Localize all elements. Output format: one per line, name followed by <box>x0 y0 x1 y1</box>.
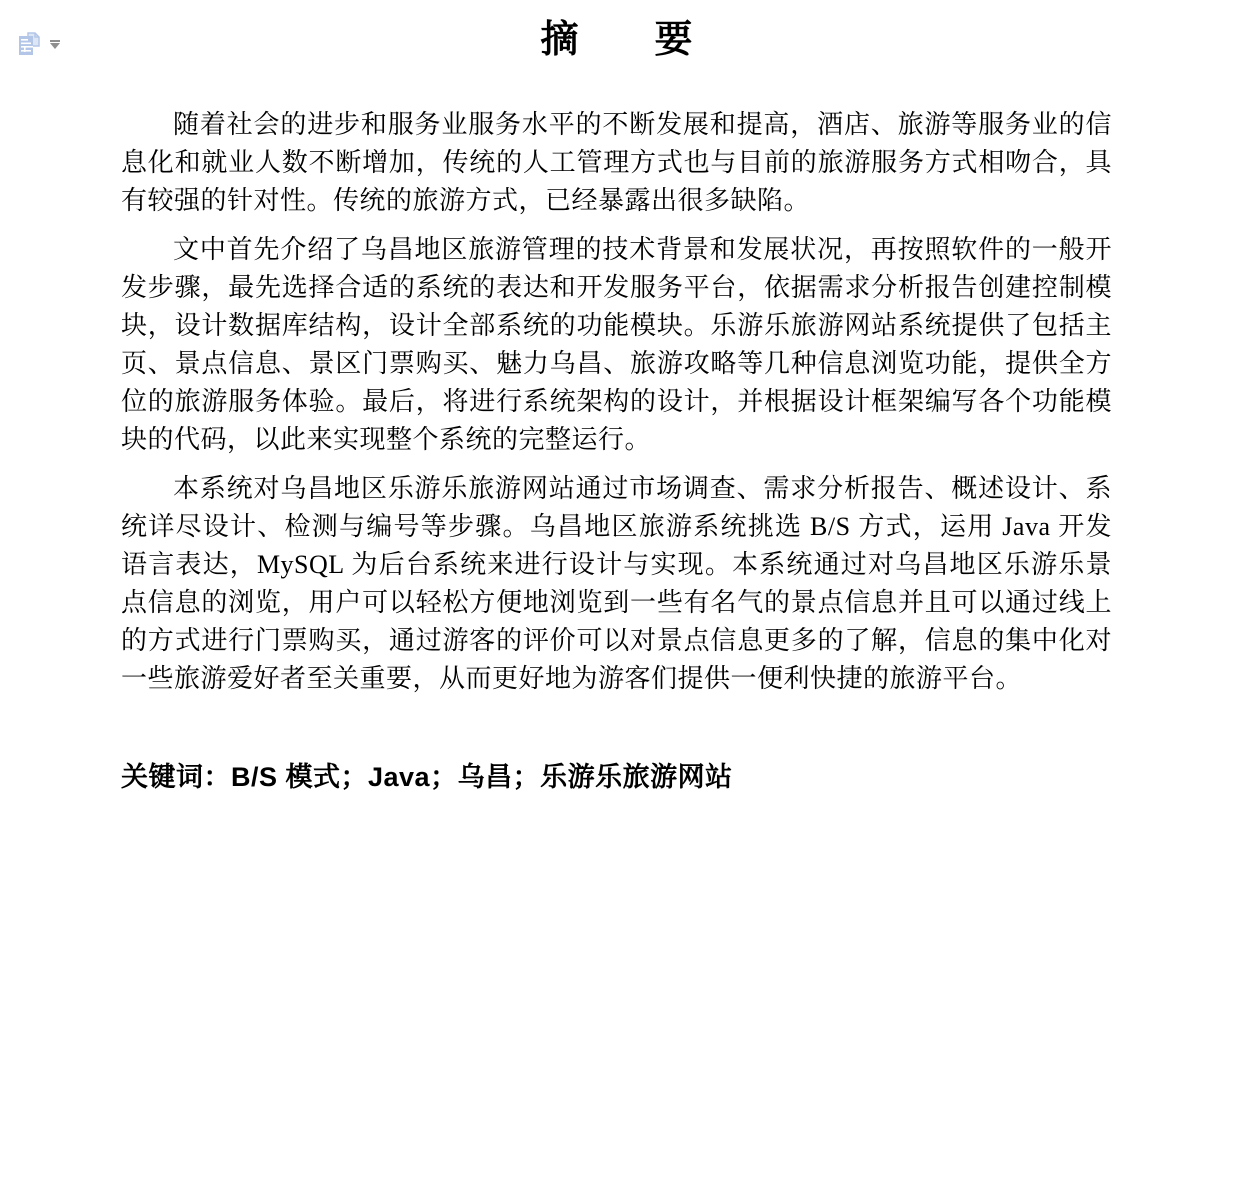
paste-options-icon[interactable] <box>16 31 42 57</box>
page-title: 摘 要 <box>121 20 1112 60</box>
paste-options-button[interactable] <box>16 31 60 57</box>
document-content: 摘 要 随着社会的进步和服务业服务水平的不断发展和提高，酒店、旅游等服务业的信息… <box>121 0 1112 794</box>
keywords-line: 关键词：B/S 模式；Java；乌昌；乐游乐旅游网站 <box>121 760 1112 794</box>
abstract-paragraph-2: 文中首先介绍了乌昌地区旅游管理的技术背景和发展状况，再按照软件的一般开发步骤，最… <box>121 231 1112 459</box>
chevron-down-icon[interactable] <box>50 43 60 49</box>
abstract-body: 随着社会的进步和服务业服务水平的不断发展和提高，酒店、旅游等服务业的信息化和就业… <box>121 106 1112 698</box>
abstract-paragraph-1: 随着社会的进步和服务业服务水平的不断发展和提高，酒店、旅游等服务业的信息化和就业… <box>121 106 1112 220</box>
document-page: 摘 要 随着社会的进步和服务业服务水平的不断发展和提高，酒店、旅游等服务业的信息… <box>0 0 1243 1185</box>
abstract-paragraph-3: 本系统对乌昌地区乐游乐旅游网站通过市场调查、需求分析报告、概述设计、系统详尽设计… <box>121 470 1112 698</box>
